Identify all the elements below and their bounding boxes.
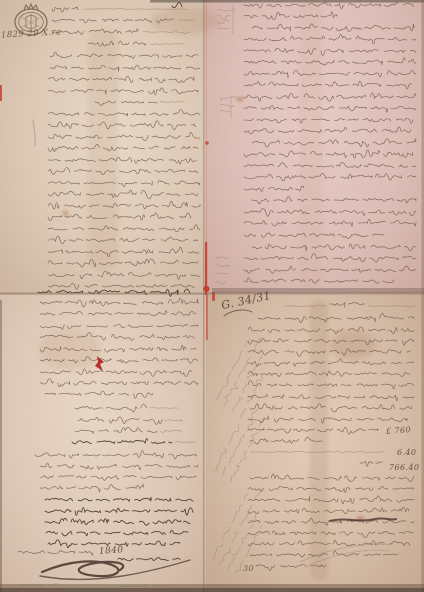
handwriting-stroke bbox=[136, 284, 167, 287]
handwriting-stroke bbox=[321, 49, 343, 55]
handwriting-stroke bbox=[252, 199, 269, 204]
handwriting-stroke bbox=[357, 532, 375, 538]
handwriting-stroke bbox=[291, 36, 303, 39]
handwriting-stroke bbox=[96, 170, 115, 174]
handwriting-stroke bbox=[362, 404, 394, 409]
handwriting-stroke bbox=[385, 477, 395, 479]
handwriting-stroke bbox=[324, 280, 357, 283]
handwriting-stroke bbox=[358, 219, 385, 224]
handwriting-stroke bbox=[252, 141, 280, 147]
handwriting-stroke bbox=[128, 325, 153, 328]
handwriting-stroke bbox=[383, 554, 398, 555]
handwriting-stroke bbox=[321, 12, 337, 18]
handwriting-stroke bbox=[135, 497, 152, 501]
handwriting-stroke bbox=[91, 349, 101, 351]
handwriting-stroke bbox=[352, 269, 371, 272]
handwriting-stroke bbox=[175, 442, 195, 443]
handwriting-stroke bbox=[154, 382, 181, 385]
handwriting-stroke bbox=[72, 441, 92, 444]
handwriting-stroke bbox=[153, 520, 181, 524]
handwriting-stroke bbox=[89, 29, 121, 33]
handwriting-stroke bbox=[365, 25, 391, 29]
handwriting-layer bbox=[0, 0, 424, 592]
handwriting-stroke bbox=[107, 135, 133, 138]
handwriting-stroke bbox=[141, 476, 172, 478]
handwriting-stroke bbox=[354, 73, 382, 77]
handwriting-stroke bbox=[123, 65, 151, 70]
handwriting-stroke bbox=[297, 48, 315, 54]
handwriting-stroke bbox=[232, 351, 243, 370]
handwriting-stroke bbox=[312, 199, 330, 201]
amount-text: £ 760 bbox=[386, 425, 411, 436]
handwriting-stroke bbox=[240, 408, 246, 419]
handwriting-stroke bbox=[285, 305, 327, 306]
handwriting-stroke bbox=[316, 166, 333, 168]
handwriting-stroke bbox=[336, 26, 362, 31]
handwriting-stroke bbox=[349, 50, 378, 53]
handwriting-stroke bbox=[325, 127, 347, 132]
handwriting-stroke bbox=[281, 520, 295, 523]
handwriting-stroke bbox=[382, 280, 394, 283]
handwriting-stroke bbox=[231, 397, 242, 413]
handwriting-stroke bbox=[104, 349, 124, 352]
handwriting-stroke bbox=[400, 407, 412, 410]
handwriting-stroke bbox=[305, 61, 334, 66]
handwriting-stroke bbox=[91, 475, 119, 480]
handwriting-stroke bbox=[89, 226, 118, 230]
handwriting-stroke bbox=[141, 181, 152, 184]
handwriting-stroke bbox=[330, 518, 396, 521]
handwriting-stroke bbox=[155, 78, 166, 82]
handwriting-stroke bbox=[362, 362, 385, 365]
handwriting-stroke bbox=[149, 113, 168, 115]
handwriting-stroke bbox=[126, 484, 144, 489]
handwriting-stroke bbox=[74, 381, 96, 385]
handwriting-stroke bbox=[319, 72, 350, 75]
handwriting-stroke bbox=[334, 199, 358, 201]
handwriting-stroke bbox=[410, 50, 416, 52]
handwriting-stroke bbox=[113, 215, 144, 220]
handwriting-stroke bbox=[62, 531, 72, 536]
handwriting-stroke bbox=[301, 269, 316, 271]
handwriting-stroke bbox=[331, 407, 356, 413]
handwriting-stroke bbox=[168, 454, 196, 459]
handwriting-stroke bbox=[167, 466, 190, 468]
handwriting-stroke bbox=[126, 29, 138, 33]
handwriting-stroke bbox=[348, 303, 364, 305]
handwriting-stroke bbox=[113, 324, 125, 327]
handwriting-stroke bbox=[132, 510, 150, 513]
handwriting-stroke bbox=[244, 278, 258, 283]
handwriting-stroke bbox=[48, 216, 62, 221]
handwriting-stroke bbox=[97, 464, 116, 469]
handwriting-stroke bbox=[188, 251, 199, 253]
handwriting-stroke bbox=[369, 429, 378, 431]
handwriting-stroke bbox=[135, 204, 158, 209]
handwriting-stroke bbox=[390, 106, 416, 109]
handwriting-stroke bbox=[40, 335, 73, 338]
handwriting-stroke bbox=[76, 135, 102, 138]
handwriting-stroke bbox=[141, 404, 147, 408]
handwriting-stroke bbox=[40, 325, 64, 330]
amount-text: 6.40 bbox=[397, 448, 416, 457]
handwriting-stroke bbox=[340, 532, 353, 535]
handwriting-stroke bbox=[320, 269, 348, 272]
handwriting-stroke bbox=[189, 171, 198, 173]
handwriting-stroke bbox=[244, 258, 259, 260]
handwriting-stroke bbox=[368, 306, 416, 307]
handwriting-stroke bbox=[281, 61, 301, 64]
handwriting-stroke bbox=[181, 508, 193, 515]
handwriting-stroke bbox=[388, 328, 397, 334]
handwriting-stroke bbox=[231, 504, 243, 523]
handwriting-stroke bbox=[123, 532, 148, 535]
handwriting-stroke bbox=[69, 454, 79, 458]
handwriting-stroke bbox=[220, 105, 234, 108]
handwriting-stroke bbox=[250, 404, 282, 410]
handwriting-stroke bbox=[330, 303, 345, 307]
handwriting-stroke bbox=[52, 19, 75, 21]
handwriting-stroke bbox=[50, 52, 72, 58]
handwriting-stroke bbox=[118, 439, 148, 443]
handwriting-stroke bbox=[285, 351, 294, 352]
handwriting-stroke bbox=[269, 82, 298, 86]
handwriting-stroke bbox=[118, 183, 137, 187]
handwriting-stroke bbox=[358, 508, 386, 513]
handwriting-stroke bbox=[169, 442, 172, 443]
handwriting-stroke bbox=[293, 70, 316, 75]
handwriting-stroke bbox=[325, 488, 350, 493]
handwriting-stroke bbox=[97, 271, 124, 277]
handwriting-stroke bbox=[353, 81, 381, 86]
handwriting-stroke bbox=[81, 357, 111, 362]
handwriting-stroke bbox=[77, 532, 88, 536]
handwriting-stroke bbox=[181, 147, 190, 149]
handwriting-stroke bbox=[314, 499, 338, 502]
handwriting-stroke bbox=[272, 531, 285, 535]
handwriting-stroke bbox=[298, 329, 320, 332]
handwriting-stroke bbox=[179, 213, 191, 218]
scan-edge-bottom bbox=[0, 584, 424, 588]
handwriting-stroke bbox=[160, 260, 178, 264]
handwriting-stroke bbox=[338, 395, 350, 398]
handwriting-stroke bbox=[391, 507, 409, 512]
handwriting-stroke bbox=[370, 395, 398, 400]
handwriting-stroke bbox=[289, 395, 310, 399]
handwriting-stroke bbox=[295, 186, 304, 191]
handwriting-stroke bbox=[259, 355, 263, 361]
handwriting-stroke bbox=[339, 210, 365, 215]
handwriting-stroke bbox=[312, 245, 344, 250]
handwriting-stroke bbox=[151, 442, 164, 444]
handwriting-stroke bbox=[139, 55, 159, 58]
handwriting-stroke bbox=[84, 113, 94, 116]
handwriting-stroke bbox=[354, 396, 364, 399]
handwriting-stroke bbox=[81, 144, 99, 149]
handwriting-stroke bbox=[305, 437, 323, 442]
handwriting-stroke bbox=[87, 215, 108, 218]
handwriting-stroke bbox=[336, 95, 366, 98]
handwriting-stroke bbox=[333, 540, 355, 545]
handwriting-stroke bbox=[105, 532, 120, 534]
handwriting-stroke bbox=[272, 222, 287, 226]
handwriting-stroke bbox=[376, 462, 382, 464]
handwriting-stroke bbox=[277, 93, 299, 98]
handwriting-stroke bbox=[128, 273, 151, 277]
handwriting-stroke bbox=[99, 157, 132, 162]
handwriting-stroke bbox=[149, 102, 157, 103]
handwriting-stroke bbox=[250, 554, 272, 556]
handwriting-stroke bbox=[382, 127, 411, 132]
handwriting-stroke bbox=[48, 228, 67, 230]
handwriting-stroke bbox=[261, 279, 286, 282]
handwriting-stroke bbox=[350, 150, 379, 158]
year-text: 1840 bbox=[99, 545, 124, 557]
handwriting-stroke bbox=[143, 358, 158, 362]
handwriting-stroke bbox=[67, 487, 76, 488]
handwriting-stroke bbox=[341, 385, 351, 386]
handwriting-stroke bbox=[258, 420, 263, 427]
handwriting-stroke bbox=[265, 244, 286, 248]
handwriting-stroke bbox=[99, 262, 122, 265]
handwriting-stroke bbox=[77, 54, 102, 57]
page-edge-shadow bbox=[212, 288, 424, 293]
handwriting-stroke bbox=[326, 153, 347, 158]
handwriting-stroke bbox=[88, 313, 112, 315]
handwriting-stroke bbox=[225, 546, 240, 570]
handwriting-stroke bbox=[222, 527, 231, 540]
handwriting-stroke bbox=[399, 266, 415, 271]
handwriting-stroke bbox=[65, 251, 93, 254]
handwriting-stroke bbox=[244, 152, 275, 157]
handwriting-stroke bbox=[123, 227, 154, 230]
handwriting-stroke bbox=[115, 313, 133, 314]
handwriting-stroke bbox=[135, 18, 151, 22]
handwriting-stroke bbox=[353, 60, 383, 65]
handwriting-stroke bbox=[48, 274, 75, 276]
handwriting-stroke bbox=[143, 419, 162, 424]
handwriting-stroke bbox=[244, 60, 276, 63]
handwriting-stroke bbox=[176, 476, 196, 480]
handwriting-stroke bbox=[183, 521, 190, 523]
handwriting-stroke bbox=[269, 38, 286, 41]
handwriting-stroke bbox=[250, 477, 268, 479]
handwriting-stroke bbox=[274, 418, 293, 422]
handwriting-stroke bbox=[357, 418, 374, 420]
handwriting-stroke bbox=[220, 97, 236, 101]
handwriting-stroke bbox=[76, 476, 86, 478]
handwriting-stroke bbox=[157, 19, 174, 23]
handwriting-stroke bbox=[113, 499, 129, 502]
handwriting-stroke bbox=[391, 362, 401, 363]
handwriting-stroke bbox=[403, 256, 416, 259]
handwriting-stroke bbox=[309, 317, 341, 322]
handwriting-stroke bbox=[216, 281, 226, 284]
handwriting-stroke bbox=[271, 440, 299, 444]
handwriting-stroke bbox=[131, 113, 145, 116]
handwriting-stroke bbox=[35, 453, 65, 457]
handwriting-stroke bbox=[291, 246, 307, 251]
handwriting-stroke bbox=[267, 4, 282, 6]
handwriting-stroke bbox=[140, 371, 167, 377]
handwriting-stroke bbox=[40, 379, 54, 384]
handwriting-stroke bbox=[105, 508, 129, 512]
handwriting-stroke bbox=[218, 16, 230, 20]
handwriting-stroke bbox=[75, 430, 94, 433]
handwriting-stroke bbox=[319, 371, 352, 376]
handwriting-stroke bbox=[243, 493, 248, 500]
handwriting-stroke bbox=[162, 201, 188, 208]
handwriting-stroke bbox=[130, 121, 163, 128]
page-seam-vertical bbox=[203, 0, 205, 592]
handwriting-stroke bbox=[295, 24, 318, 29]
handwriting-stroke bbox=[157, 324, 188, 327]
handwriting-stroke bbox=[333, 256, 366, 261]
handwriting-stroke bbox=[399, 477, 414, 482]
handwriting-stroke bbox=[290, 532, 316, 535]
handwriting-stroke bbox=[266, 266, 296, 273]
handwriting-stroke bbox=[387, 70, 416, 75]
handwriting-stroke bbox=[152, 135, 181, 138]
handwriting-stroke bbox=[314, 340, 329, 343]
handwriting-stroke bbox=[78, 417, 104, 421]
handwriting-stroke bbox=[86, 193, 104, 195]
handwriting-stroke bbox=[95, 101, 116, 106]
handwriting-stroke bbox=[160, 431, 182, 433]
handwriting-stroke bbox=[334, 119, 344, 121]
handwriting-stroke bbox=[157, 336, 180, 339]
handwriting-stroke bbox=[397, 199, 416, 203]
handwriting-stroke bbox=[88, 41, 114, 46]
handwriting-stroke bbox=[396, 119, 413, 124]
handwriting-stroke bbox=[161, 237, 188, 242]
handwriting-stroke bbox=[238, 356, 252, 379]
handwriting-stroke bbox=[69, 78, 89, 80]
handwriting-stroke bbox=[399, 165, 408, 168]
handwriting-stroke bbox=[375, 269, 396, 271]
handwriting-stroke bbox=[380, 313, 404, 318]
handwriting-stroke bbox=[96, 250, 119, 256]
handwriting-stroke bbox=[244, 107, 256, 109]
handwriting-stroke bbox=[280, 565, 305, 568]
handwriting-stroke bbox=[186, 67, 200, 69]
handwriting-stroke bbox=[108, 67, 119, 71]
handwriting-stroke bbox=[193, 147, 198, 149]
handwriting-stroke bbox=[97, 441, 115, 443]
handwriting-stroke bbox=[407, 351, 410, 352]
handwriting-stroke bbox=[123, 19, 132, 20]
handwriting-stroke bbox=[279, 151, 305, 157]
handwriting-stroke bbox=[408, 317, 414, 319]
handwriting-stroke bbox=[136, 558, 168, 561]
handwriting-stroke bbox=[317, 384, 336, 387]
handwriting-stroke bbox=[384, 2, 398, 6]
handwriting-stroke bbox=[194, 465, 198, 467]
handwriting-stroke bbox=[150, 408, 178, 409]
handwriting-stroke bbox=[46, 531, 58, 533]
handwriting-stroke bbox=[301, 518, 328, 525]
handwriting-stroke bbox=[134, 393, 153, 399]
handwriting-stroke bbox=[252, 26, 262, 29]
handwriting-stroke bbox=[170, 371, 192, 377]
handwriting-stroke bbox=[285, 4, 305, 6]
handwriting-stroke bbox=[285, 496, 309, 501]
handwriting-stroke bbox=[69, 239, 83, 242]
handwriting-stroke bbox=[344, 476, 356, 482]
handwriting-stroke bbox=[106, 407, 137, 412]
red-margin-line bbox=[206, 295, 208, 340]
handwriting-stroke bbox=[45, 498, 73, 500]
red-margin-line bbox=[206, 0, 207, 242]
handwriting-stroke bbox=[364, 164, 393, 168]
handwriting-stroke bbox=[308, 173, 335, 178]
handwriting-stroke bbox=[74, 170, 91, 172]
handwriting-stroke bbox=[363, 198, 394, 201]
handwriting-stroke bbox=[190, 348, 196, 349]
handwriting-stroke bbox=[284, 510, 299, 513]
handwriting-stroke bbox=[309, 280, 319, 284]
handwriting-stroke bbox=[133, 147, 144, 149]
handwriting-stroke bbox=[216, 257, 228, 259]
handwriting-stroke bbox=[267, 384, 276, 386]
handwriting-stroke bbox=[72, 67, 84, 69]
handwriting-stroke bbox=[48, 122, 78, 129]
handwriting-stroke bbox=[285, 372, 316, 376]
handwriting-stroke bbox=[142, 301, 163, 304]
handwriting-stroke bbox=[221, 467, 228, 477]
handwriting-stroke bbox=[336, 163, 361, 168]
handwriting-stroke bbox=[355, 488, 373, 491]
handwriting-stroke bbox=[244, 82, 265, 86]
handwriting-stroke bbox=[245, 373, 265, 404]
handwriting-stroke bbox=[297, 351, 325, 357]
handwriting-stroke bbox=[155, 169, 185, 172]
handwriting-stroke bbox=[122, 250, 153, 254]
handwriting-stroke bbox=[329, 35, 352, 41]
handwriting-stroke bbox=[40, 347, 61, 352]
handwriting-stroke bbox=[99, 430, 109, 432]
handwriting-stroke bbox=[250, 451, 384, 453]
handwriting-stroke bbox=[162, 55, 181, 58]
handwriting-stroke bbox=[308, 477, 320, 479]
handwriting-stroke bbox=[244, 95, 272, 101]
handwriting-stroke bbox=[221, 379, 240, 407]
handwriting-stroke bbox=[164, 147, 175, 149]
handwriting-stroke bbox=[360, 461, 373, 466]
handwriting-stroke bbox=[404, 3, 414, 6]
handwriting-stroke bbox=[118, 558, 133, 561]
handwriting-stroke bbox=[387, 84, 412, 89]
handwriting-stroke bbox=[67, 325, 80, 328]
handwriting-stroke bbox=[48, 159, 60, 161]
handwriting-stroke bbox=[348, 119, 359, 120]
handwriting-stroke bbox=[299, 419, 316, 421]
handwriting-stroke bbox=[276, 176, 305, 181]
handwriting-stroke bbox=[244, 50, 270, 52]
handwriting-stroke bbox=[119, 393, 129, 395]
handwriting-stroke bbox=[271, 474, 304, 479]
handwriting-stroke bbox=[397, 499, 414, 502]
handwriting-stroke bbox=[48, 540, 77, 548]
handwriting-stroke bbox=[338, 234, 368, 239]
handwriting-stroke bbox=[18, 551, 45, 554]
handwriting-stroke bbox=[322, 27, 334, 30]
handwriting-stroke bbox=[229, 529, 239, 544]
handwriting-stroke bbox=[279, 384, 292, 386]
handwriting-stroke bbox=[40, 313, 55, 315]
handwriting-stroke bbox=[65, 214, 81, 218]
handwriting-stroke bbox=[285, 317, 307, 323]
